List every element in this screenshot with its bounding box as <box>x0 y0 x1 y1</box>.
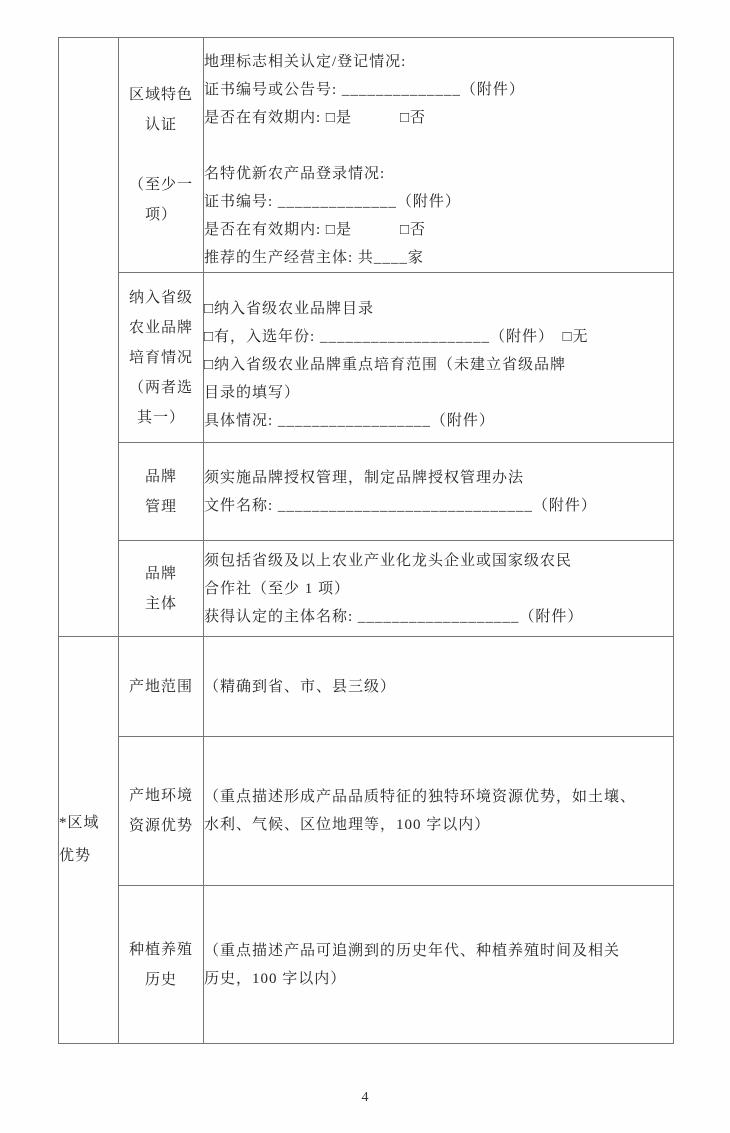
row-label-provincial-brand-cultivation: 纳入省级农业品牌培育情况（两者选其一） <box>119 273 204 443</box>
row-label-regional-feature-certification: 区域特色认证（至少一项） <box>119 38 204 273</box>
row-content-brand-management: 须实施品牌授权管理，制定品牌授权管理办法文件名称: ______________… <box>204 443 674 541</box>
row-content-regional-feature-certification: 地理标志相关认定/登记情况:证书编号或公告号: ______________（附… <box>204 38 674 273</box>
row-label-brand-entity: 品牌主体 <box>119 541 204 637</box>
row-content-provincial-brand-cultivation: □纳入省级农业品牌目录□有，入选年份: ____________________… <box>204 273 674 443</box>
page-number: 4 <box>0 1090 730 1106</box>
group-cell-continued <box>59 38 119 637</box>
row-content-brand-entity: 须包括省级及以上农业产业化龙头企业或国家级农民合作社（至少 1 项）获得认定的主… <box>204 541 674 637</box>
group-label-regional-advantage: *区域优势 <box>59 637 119 1044</box>
row-label-brand-management: 品牌管理 <box>119 443 204 541</box>
row-content-origin-scope: （精确到省、市、县三级） <box>204 637 674 737</box>
document-page: 区域特色认证（至少一项） 地理标志相关认定/登记情况:证书编号或公告号: ___… <box>0 0 730 1133</box>
application-form-table: 区域特色认证（至少一项） 地理标志相关认定/登记情况:证书编号或公告号: ___… <box>58 37 674 1044</box>
row-content-planting-breeding-history: （重点描述产品可追溯到的历史年代、种植养殖时间及相关历史，100 字以内） <box>204 886 674 1044</box>
row-label-origin-environment-resource-advantage: 产地环境资源优势 <box>119 737 204 886</box>
row-content-origin-environment-resource-advantage: （重点描述形成产品品质特征的独特环境资源优势，如土壤、水利、气候、区位地理等，1… <box>204 737 674 886</box>
row-label-planting-breeding-history: 种植养殖历史 <box>119 886 204 1044</box>
row-label-origin-scope: 产地范围 <box>119 637 204 737</box>
